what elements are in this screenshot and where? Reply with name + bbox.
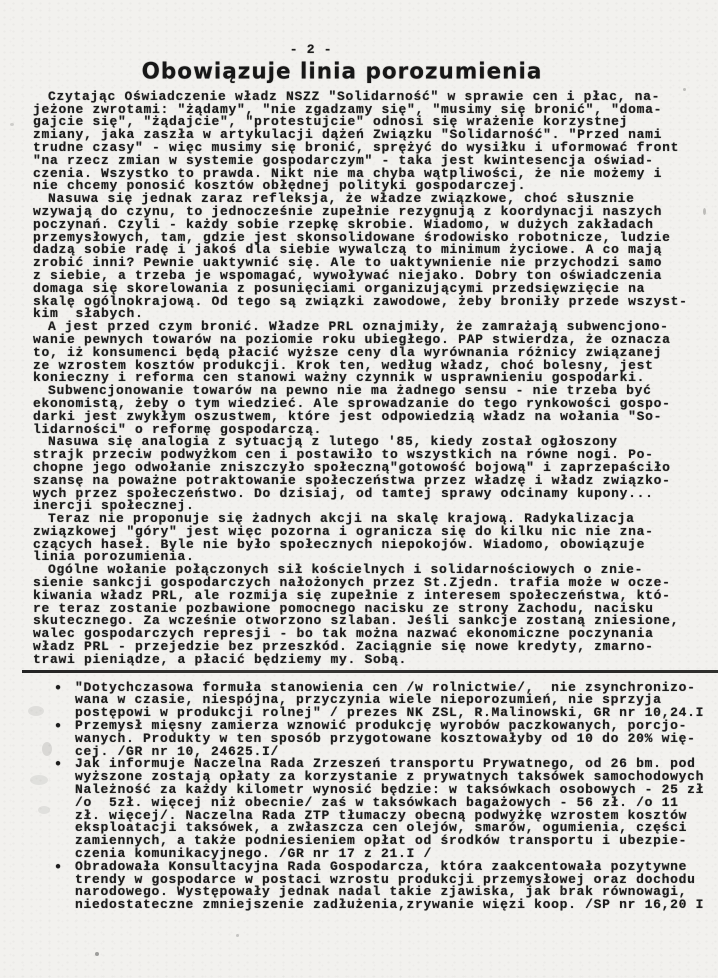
news-list: ● "Dotychczasowa formuła stanowienia cen… <box>33 682 705 912</box>
article-body: Czytając Oświadczenie władz NSZZ "Solida… <box>33 91 705 667</box>
news-item-text: Przemysł mięsny zamierza wznowić produkc… <box>75 720 705 758</box>
news-item: ● Przemysł mięsny zamierza wznowić produ… <box>55 720 705 758</box>
bullet-icon: ● <box>55 720 75 758</box>
paragraph: Ogólne wołanie połączonych sił kościelny… <box>33 564 705 666</box>
news-item-text: Obradowała Konsultacyjna Rada Gospodarcz… <box>75 861 705 912</box>
bullet-icon: ● <box>55 758 75 860</box>
paragraph: A jest przed czym bronić. Władze PRL ozn… <box>33 321 705 385</box>
paragraph: Teraz nie proponuje się żadnych akcji na… <box>33 513 705 564</box>
news-item-text: "Dotychczasowa formuła stanowienia cen /… <box>75 682 705 720</box>
news-item: ● "Dotychczasowa formuła stanowienia cen… <box>55 682 705 720</box>
bullet-icon: ● <box>55 682 75 720</box>
paragraph: Nasuwa się analogia z sytuacją z lutego … <box>33 436 705 513</box>
news-item-text: Jak informuje Naczelna Rada Zrzeszeń tra… <box>75 758 705 860</box>
page-content: - 2 - Obowiązuje linia porozumienia Czyt… <box>33 44 705 912</box>
bullet-icon: ● <box>55 861 75 912</box>
page-title: Obowiązuje linia porozumienia <box>6 58 678 84</box>
scanned-page: - 2 - Obowiązuje linia porozumienia Czyt… <box>0 0 718 978</box>
paragraph: Czytając Oświadczenie władz NSZZ "Solida… <box>33 91 705 193</box>
paragraph: Subwencjonowanie towarów na pewno nie ma… <box>33 385 705 436</box>
paragraph: Nasuwa się jednak zaraz refleksja, że wł… <box>33 193 705 321</box>
page-number: - 2 - <box>0 44 647 57</box>
news-item: ● Jak informuje Naczelna Rada Zrzeszeń t… <box>55 758 705 860</box>
news-item: ● Obradowała Konsultacyjna Rada Gospodar… <box>55 861 705 912</box>
separator-line <box>22 670 718 673</box>
